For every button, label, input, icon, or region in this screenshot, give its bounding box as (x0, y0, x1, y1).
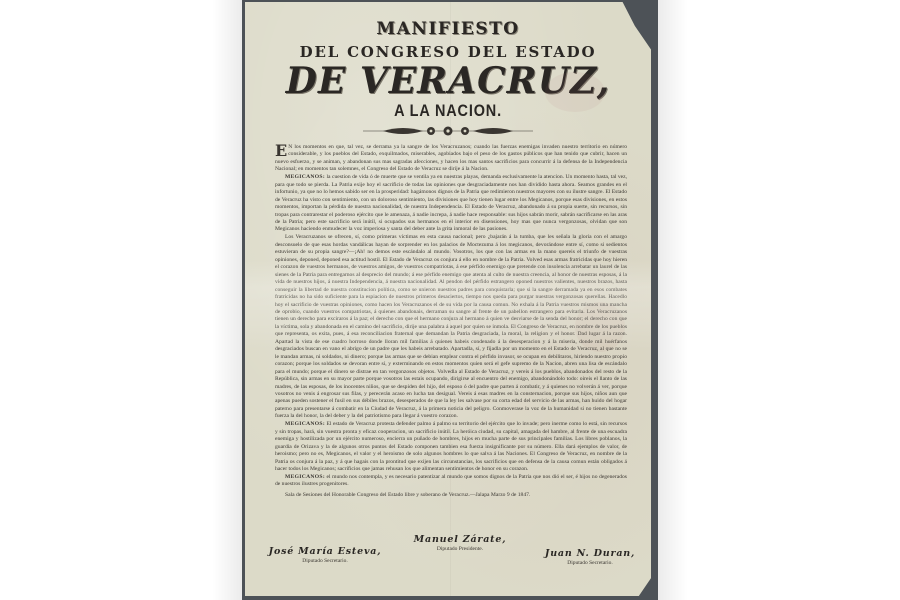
paragraph-megicanos-2: MEGICANOS: El estado de Veracruz protest… (275, 421, 627, 473)
right-drop-shadow (658, 0, 688, 600)
paragraph-megicanos-1: MEGICANOS: la cuestion de vida ó de muer… (275, 174, 627, 234)
manifesto-broadside: MANIFIESTO DEL CONGRESO DEL ESTADO DE VE… (245, 2, 651, 596)
left-drop-shadow (212, 0, 242, 600)
title-nation: A LA NACION. (275, 101, 620, 121)
title-manifiesto: MANIFIESTO (245, 19, 651, 39)
signature-secretary-right: Juan N. Duran, Diputado Secretario. (525, 548, 655, 566)
floral-rule-ornament-icon (363, 125, 533, 137)
signatures: Manuel Zárate, Diputado Presidente. José… (245, 534, 651, 594)
dateline: Sala de Sesiones del Honorable Congreso … (275, 492, 627, 499)
signature-secretary-left: José María Esteva, Diputado Secretario. (255, 546, 395, 564)
paragraph-opening: EN los momentos en que, tal vez, se derr… (275, 144, 627, 174)
paragraph-megicanos-3: MEGICANOS: el mundo nos contempla, y es … (275, 474, 627, 489)
paragraph-veracruzanos: Los Veracruzanos se ofrecen, sí, como pr… (275, 234, 627, 420)
manifesto-body: EN los momentos en que, tal vez, se derr… (275, 144, 627, 499)
title-congress: DEL CONGRESO DEL ESTADO (245, 43, 651, 61)
signature-president: Manuel Zárate, Diputado Presidente. (390, 534, 530, 552)
drop-cap: E (275, 144, 287, 157)
